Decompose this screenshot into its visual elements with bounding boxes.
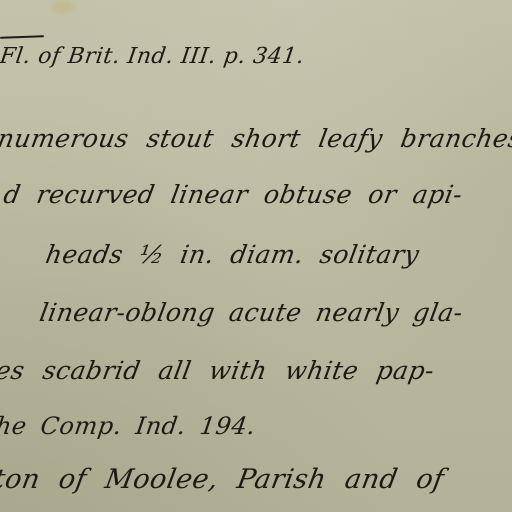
text-line: d recurved linear obtuse or api- bbox=[1, 180, 465, 209]
text-line: he Comp. Ind. 194. bbox=[0, 412, 257, 440]
text-line: ton of Moolee, Parish and of bbox=[0, 464, 447, 495]
text-line: es scabrid all with white pap- bbox=[0, 356, 437, 385]
manuscript-page: Fl. of Brit. Ind. III. p. 341. numerous … bbox=[0, 0, 512, 512]
paper-stain bbox=[52, 0, 74, 14]
reference-line: Fl. of Brit. Ind. III. p. 341. bbox=[0, 44, 306, 69]
text-line: numerous stout short leafy branches bbox=[0, 124, 512, 153]
text-line: linear-oblong acute nearly gla- bbox=[37, 298, 465, 327]
text-line: heads ½ in. diam. solitary bbox=[43, 240, 421, 269]
underline-stroke bbox=[0, 35, 44, 39]
